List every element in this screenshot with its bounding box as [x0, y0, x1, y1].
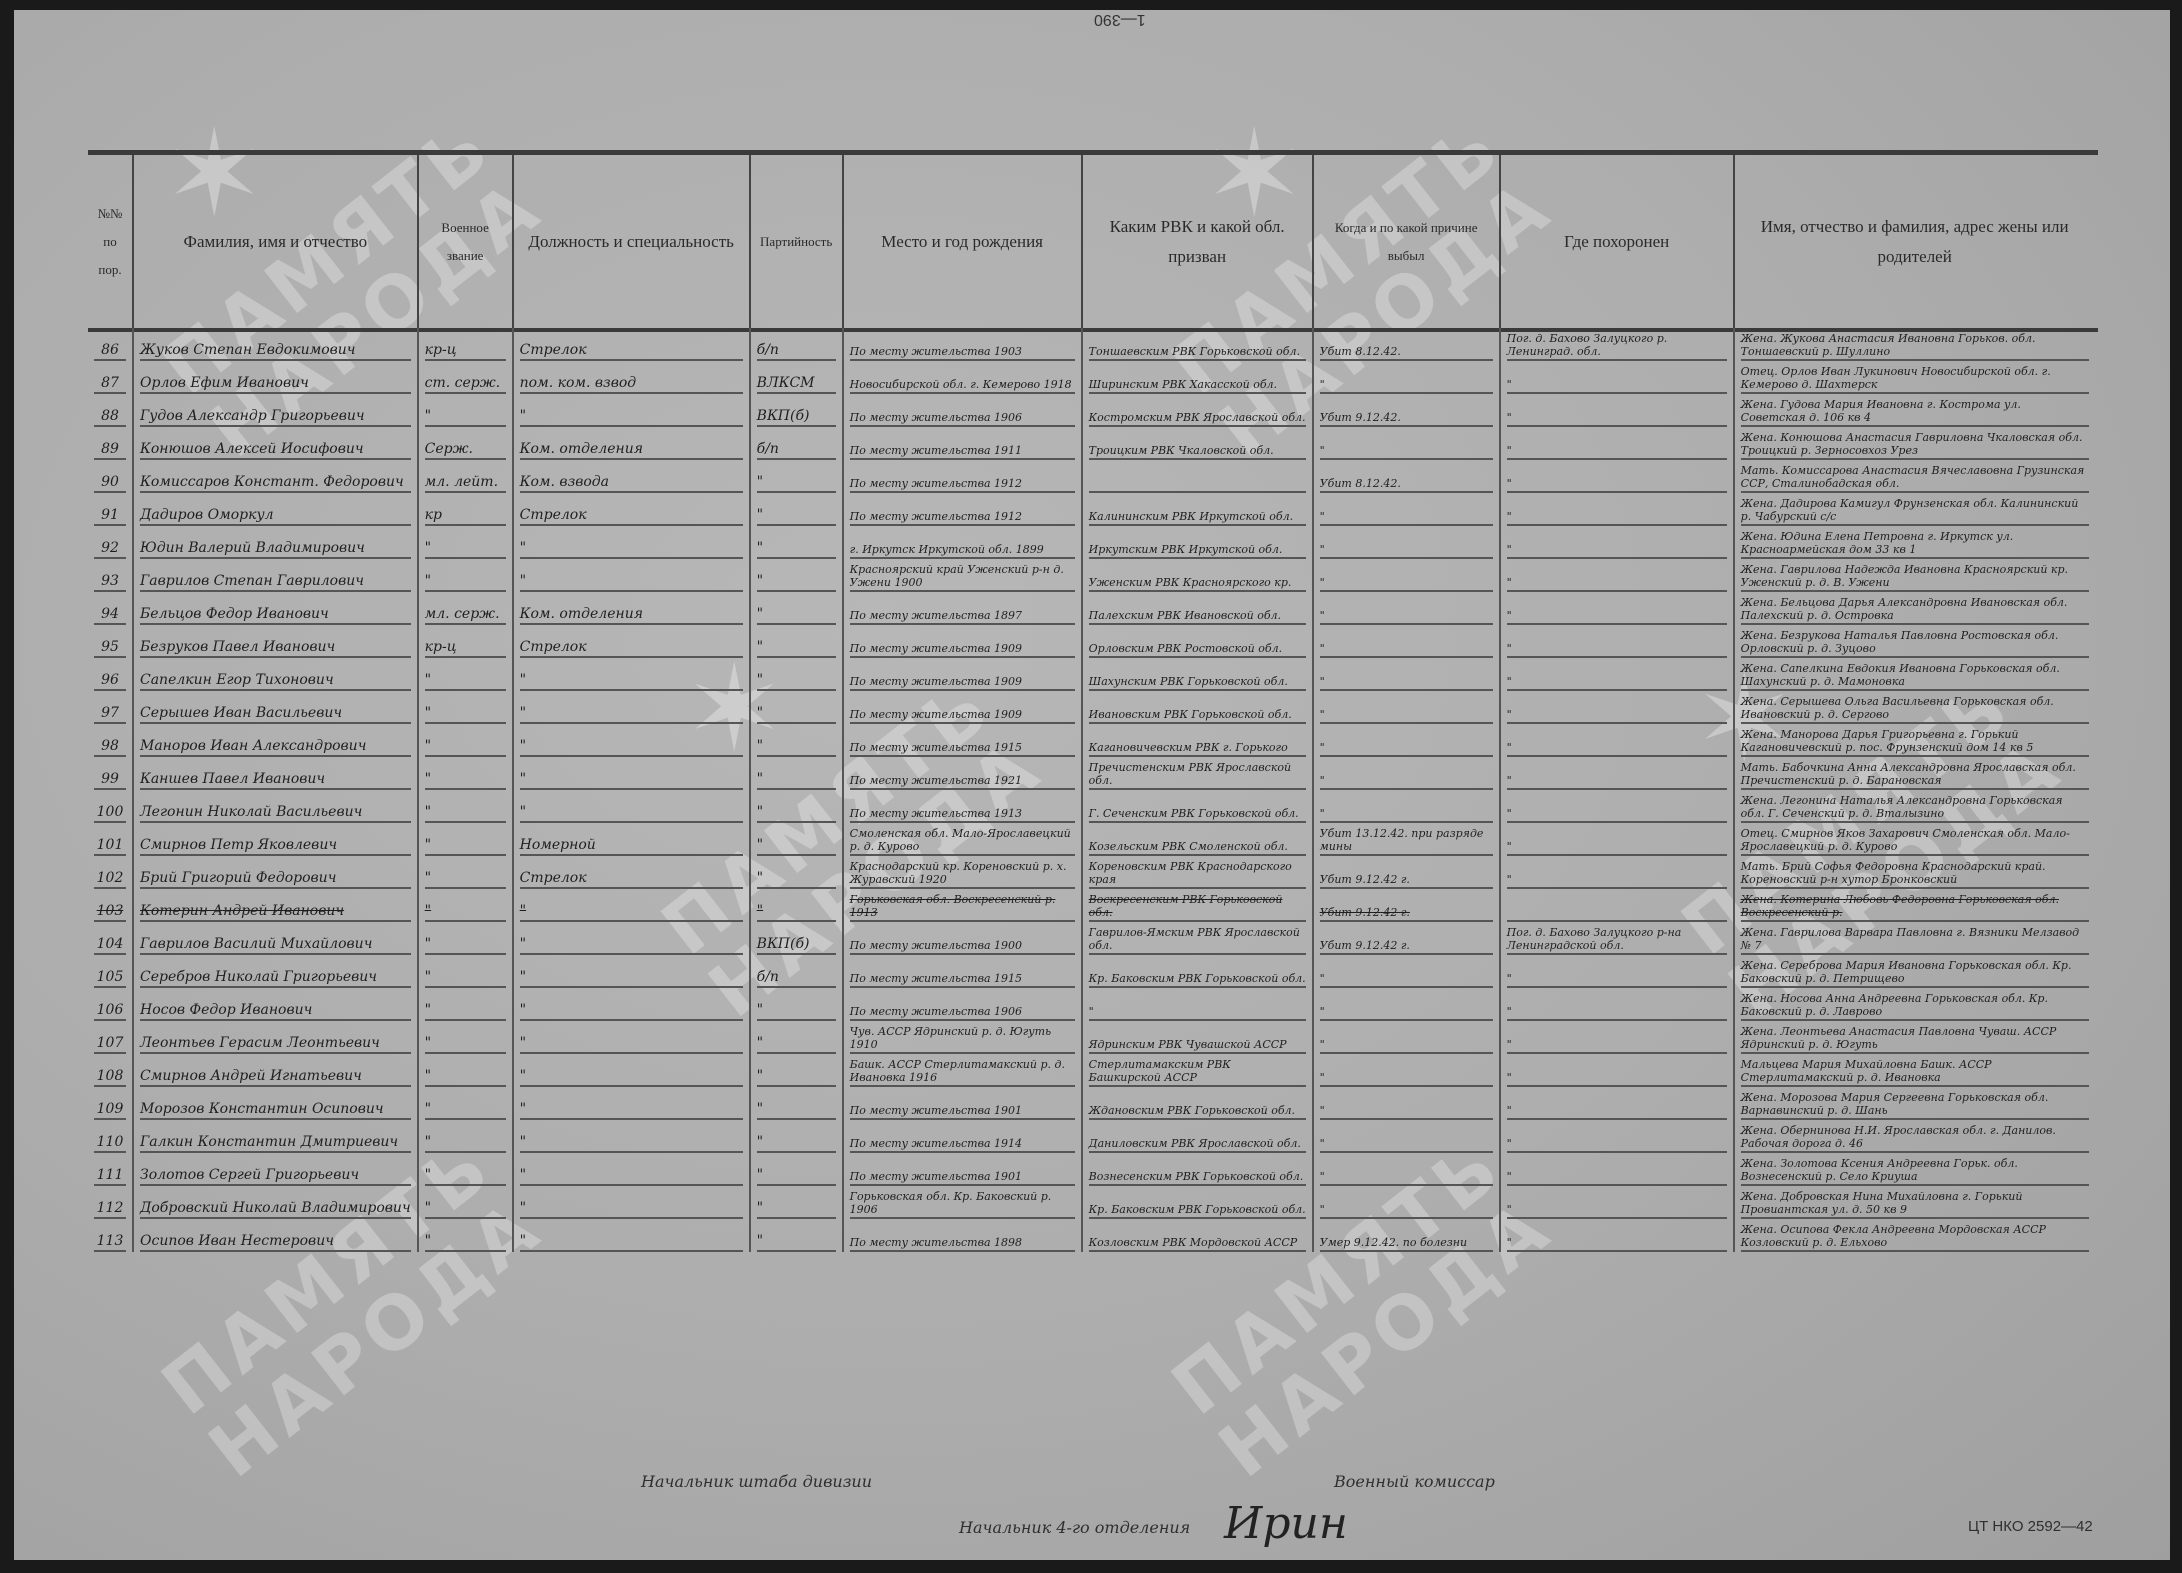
- row-burial-text: ": [1507, 1203, 1727, 1219]
- row-name-text: Серышев Иван Васильевич: [140, 706, 411, 724]
- row-burial-text: ": [1507, 1071, 1727, 1087]
- row-number: v111: [88, 1153, 133, 1186]
- row-burial: ": [1500, 394, 1734, 427]
- row-name-text: Жуков Степан Евдокимович: [140, 343, 411, 361]
- row-birth-text: Горьковская обл. Кр. Баковский р. 1906: [850, 1190, 1075, 1219]
- row-birth: По месту жительства 1897: [843, 592, 1082, 625]
- row-conscription: Кореновским РВК Краснодарского края: [1082, 856, 1313, 889]
- row-fate-text: ": [1320, 510, 1493, 526]
- row-position-text: Ком. отделения: [520, 607, 743, 625]
- row-birth-text: Краснодарский кр. Кореновский р. х. Жура…: [850, 860, 1075, 889]
- row-rank-text: ": [425, 1003, 506, 1021]
- row-name-text: Безруков Павел Иванович: [140, 640, 411, 658]
- row-fate-text: Убит 9.12.42.: [1320, 411, 1493, 427]
- row-number: v87: [88, 361, 133, 394]
- casualty-grid: №№ по пор. Фамилия, имя и отчество Военн…: [88, 155, 2095, 1252]
- row-rank: ": [418, 790, 513, 823]
- row-fate: ": [1313, 1087, 1500, 1120]
- table-row: v110Галкин Константин Дмитриевич"""По ме…: [88, 1120, 2095, 1153]
- row-burial-text: Пог. д. Бахово Залуцкого р. Ленинград. о…: [1507, 332, 1727, 361]
- row-name-text: Конюшов Алексей Иосифович: [140, 442, 411, 460]
- row-position-text: ": [520, 541, 743, 559]
- table-row: v104Гаврилов Василий Михайлович""ВКП(б)П…: [88, 922, 2095, 955]
- row-burial: ": [1500, 1120, 1734, 1153]
- row-name-text: Гаврилов Василий Михайлович: [140, 937, 411, 955]
- row-number: v113: [88, 1219, 133, 1252]
- row-number: v91: [88, 493, 133, 526]
- row-fate: ": [1313, 1186, 1500, 1219]
- row-fate: ": [1313, 625, 1500, 658]
- row-birth: По месту жительства 1906: [843, 394, 1082, 427]
- row-birth-text: По месту жительства 1898: [850, 1236, 1075, 1252]
- row-position: Ком. взвода: [513, 460, 750, 493]
- row-burial-text: ": [1507, 510, 1727, 526]
- row-number: v96: [88, 658, 133, 691]
- row-kin-text: Жена. Добровская Нина Михайловна г. Горь…: [1741, 1190, 2089, 1219]
- row-party: ": [750, 1054, 843, 1087]
- row-burial: ": [1500, 526, 1734, 559]
- row-name-text: Комиссаров Констант. Федорович: [140, 475, 411, 493]
- row-party-text: ": [757, 706, 836, 724]
- row-kin-text: Жена. Осипова Фекла Андреевна Мордовская…: [1741, 1223, 2089, 1252]
- row-fate: Убит 9.12.42 г.: [1313, 856, 1500, 889]
- row-party-text: ВЛКСМ: [757, 376, 836, 394]
- row-position: ": [513, 889, 750, 922]
- header-position: Должность и специальность: [513, 155, 750, 328]
- row-conscription-text: Гаврилов-Ямским РВК Ярославской обл.: [1089, 926, 1306, 955]
- row-conscription: Пречистенским РВК Ярославской обл.: [1082, 757, 1313, 790]
- row-kin: Жена. Легонина Наталья Александровна Гор…: [1734, 790, 2095, 823]
- row-kin-text: Жена. Бельцова Дарья Александровна Ивано…: [1741, 596, 2089, 625]
- row-burial-text: ": [1507, 741, 1727, 757]
- row-party: ": [750, 823, 843, 856]
- row-rank: ": [418, 1186, 513, 1219]
- row-conscription: Кр. Баковским РВК Горьковской обл.: [1082, 1186, 1313, 1219]
- row-number-text: 103: [94, 904, 126, 922]
- row-name-text: Галкин Константин Дмитриевич: [140, 1135, 411, 1153]
- header-number: №№ по пор.: [88, 155, 133, 328]
- row-kin: Отец. Смирнов Яков Захарович Смоленская …: [1734, 823, 2095, 856]
- row-burial-text: ": [1507, 840, 1727, 856]
- row-party-text: ВКП(б): [757, 409, 836, 427]
- row-name: Легонин Николай Васильевич: [133, 790, 418, 823]
- row-position-text: ": [520, 1003, 743, 1021]
- header-rank: Военное звание: [418, 155, 513, 328]
- row-burial-text: ": [1507, 642, 1727, 658]
- row-party-text: ": [757, 508, 836, 526]
- row-position: Стрелок: [513, 856, 750, 889]
- row-party-text: ": [757, 607, 836, 625]
- row-fate: Умер 9.12.42. по болезни: [1313, 1219, 1500, 1252]
- row-rank-text: Серж.: [425, 442, 506, 460]
- row-name: Золотов Сергей Григорьевич: [133, 1153, 418, 1186]
- table-row: v105Серебров Николай Григорьевич""б/пПо …: [88, 955, 2095, 988]
- row-fate-text: ": [1320, 576, 1493, 592]
- row-rank: Серж.: [418, 427, 513, 460]
- table-row: v95Безруков Павел Ивановичкр-цСтрелок"По…: [88, 625, 2095, 658]
- row-conscription-text: Иркутским РВК Иркутской обл.: [1089, 543, 1306, 559]
- row-kin-text: Жена. Гаврилова Надежда Ивановна Красноя…: [1741, 563, 2089, 592]
- row-party: ": [750, 592, 843, 625]
- row-birth: По месту жительства 1900: [843, 922, 1082, 955]
- row-burial-text: ": [1507, 576, 1727, 592]
- row-name-text: Бельцов Федор Иванович: [140, 607, 411, 625]
- row-number: v105: [88, 955, 133, 988]
- row-rank-text: ": [425, 1234, 506, 1252]
- row-kin-text: Жена. Манорова Дарья Григорьевна г. Горь…: [1741, 728, 2089, 757]
- row-kin: Жена. Обернинова Н.И. Ярославская обл. г…: [1734, 1120, 2095, 1153]
- row-fate: Убит 8.12.42.: [1313, 328, 1500, 361]
- row-name: Дадиров Оморкул: [133, 493, 418, 526]
- row-birth-text: Горьковская обл. Воскресенский р. 1913: [850, 893, 1075, 922]
- row-party-text: б/п: [757, 442, 836, 460]
- row-position-text: ": [520, 1102, 743, 1120]
- row-number-text: 96: [94, 673, 126, 691]
- row-name: Орлов Ефим Иванович: [133, 361, 418, 394]
- row-kin-text: Жена. Гудова Мария Ивановна г. Кострома …: [1741, 398, 2089, 427]
- row-rank-text: ": [425, 1069, 506, 1087]
- row-rank: ": [418, 1087, 513, 1120]
- table-row: v108Смирнов Андрей Игнатьевич"""Башк. АС…: [88, 1054, 2095, 1087]
- row-fate: ": [1313, 592, 1500, 625]
- row-party: ": [750, 1219, 843, 1252]
- row-position: Стрелок: [513, 625, 750, 658]
- row-kin: Жена. Осипова Фекла Андреевна Мордовская…: [1734, 1219, 2095, 1252]
- row-rank-text: ": [425, 1135, 506, 1153]
- row-kin: Жена. Манорова Дарья Григорьевна г. Горь…: [1734, 724, 2095, 757]
- row-number: v102: [88, 856, 133, 889]
- row-party: ": [750, 493, 843, 526]
- row-position-text: ": [520, 706, 743, 724]
- row-burial: ": [1500, 559, 1734, 592]
- row-party-text: ": [757, 805, 836, 823]
- row-birth: По месту жительства 1909: [843, 691, 1082, 724]
- row-birth-text: По месту жительства 1914: [850, 1137, 1075, 1153]
- row-number: v100: [88, 790, 133, 823]
- row-rank: кр-ц: [418, 328, 513, 361]
- row-number: v95: [88, 625, 133, 658]
- row-conscription: Ивановским РВК Горьковской обл.: [1082, 691, 1313, 724]
- row-birth: По месту жительства 1898: [843, 1219, 1082, 1252]
- row-number-text: 106: [94, 1003, 126, 1021]
- row-party: ": [750, 460, 843, 493]
- row-position-text: Номерной: [520, 838, 743, 856]
- row-fate-text: Убит 8.12.42.: [1320, 477, 1493, 493]
- row-kin-text: Жена. Котерина Любовь Федоровна Горьковс…: [1741, 893, 2089, 922]
- row-fate-text: ": [1320, 1137, 1493, 1153]
- row-conscription-text: Пречистенским РВК Ярославской обл.: [1089, 761, 1306, 790]
- row-position-text: Стрелок: [520, 343, 743, 361]
- row-conscription: Костромским РВК Ярославской обл.: [1082, 394, 1313, 427]
- row-party: ": [750, 691, 843, 724]
- chief-of-staff-label: Начальник штаба дивизии: [641, 1472, 872, 1491]
- row-conscription-text: ": [1089, 1005, 1306, 1021]
- row-kin: Мальцева Мария Михайловна Башк. АССР Сте…: [1734, 1054, 2095, 1087]
- row-birth-text: Чув. АССР Ядринский р. д. Югуть 1910: [850, 1025, 1075, 1054]
- row-number: v88: [88, 394, 133, 427]
- row-rank-text: ": [425, 772, 506, 790]
- row-number-text: 101: [94, 838, 126, 856]
- row-kin-text: Жена. Леонтьева Анастасия Павловна Чуваш…: [1741, 1025, 2089, 1054]
- row-birth: Красноярский край Уженский р-н д. Ужени …: [843, 559, 1082, 592]
- row-fate-text: ": [1320, 378, 1493, 394]
- row-position-text: Стрелок: [520, 508, 743, 526]
- row-position: Стрелок: [513, 328, 750, 361]
- row-position: Ком. отделения: [513, 592, 750, 625]
- row-party: ": [750, 1153, 843, 1186]
- header-party: Партийность: [750, 155, 843, 328]
- row-conscription: Гаврилов-Ямским РВК Ярославской обл.: [1082, 922, 1313, 955]
- table-row: v94Бельцов Федор Ивановичмл. серж.Ком. о…: [88, 592, 2095, 625]
- row-birth: По месту жительства 1921: [843, 757, 1082, 790]
- row-fate: ": [1313, 559, 1500, 592]
- row-rank: ст. серж.: [418, 361, 513, 394]
- row-name: Бельцов Федор Иванович: [133, 592, 418, 625]
- row-fate-text: ": [1320, 1104, 1493, 1120]
- row-birth-text: По месту жительства 1912: [850, 477, 1075, 493]
- row-name-text: Золотов Сергей Григорьевич: [140, 1168, 411, 1186]
- row-number-text: 112: [94, 1201, 126, 1219]
- row-kin: Жена. Гаврилова Надежда Ивановна Красноя…: [1734, 559, 2095, 592]
- row-number: v97: [88, 691, 133, 724]
- row-party-text: ВКП(б): [757, 937, 836, 955]
- row-birth-text: Новосибирской обл. г. Кемерово 1918: [850, 378, 1075, 394]
- row-fate-text: ": [1320, 1071, 1493, 1087]
- row-kin: Жена. Леонтьева Анастасия Павловна Чуваш…: [1734, 1021, 2095, 1054]
- row-name: Каншев Павел Иванович: [133, 757, 418, 790]
- row-name-text: Орлов Ефим Иванович: [140, 376, 411, 394]
- row-number-text: 108: [94, 1069, 126, 1087]
- row-kin: Жена. Гаврилова Варвара Павловна г. Вязн…: [1734, 922, 2095, 955]
- table-row: v111Золотов Сергей Григорьевич"""По мест…: [88, 1153, 2095, 1186]
- row-conscription: Троицким РВК Чкаловской обл.: [1082, 427, 1313, 460]
- row-name: Брий Григорий Федорович: [133, 856, 418, 889]
- row-position-text: ": [520, 937, 743, 955]
- row-conscription-text: Орловским РВК Ростовской обл.: [1089, 642, 1306, 658]
- row-kin: Жена. Юдина Елена Петровна г. Иркутск ул…: [1734, 526, 2095, 559]
- row-kin: Отец. Орлов Иван Лукинович Новосибирской…: [1734, 361, 2095, 394]
- row-conscription-text: Уженским РВК Красноярского кр.: [1089, 576, 1306, 592]
- table-row: v101Смирнов Петр Яковлевич"Номерной"Смол…: [88, 823, 2095, 856]
- row-number: v98: [88, 724, 133, 757]
- table-row: v92Юдин Валерий Владимирович"""г. Иркутс…: [88, 526, 2095, 559]
- row-conscription: Шахунским РВК Горьковской обл.: [1082, 658, 1313, 691]
- row-birth: Чув. АССР Ядринский р. д. Югуть 1910: [843, 1021, 1082, 1054]
- row-number-text: 86: [94, 343, 126, 361]
- row-rank-text: мл. серж.: [425, 607, 506, 625]
- table-row: v102Брий Григорий Федорович"Стрелок"Крас…: [88, 856, 2095, 889]
- row-conscription-text: Шахунским РВК Горьковской обл.: [1089, 675, 1306, 691]
- row-party: б/п: [750, 955, 843, 988]
- row-number-text: 98: [94, 739, 126, 757]
- row-kin-text: Жена. Жукова Анастасия Ивановна Горьков.…: [1741, 332, 2089, 361]
- row-conscription: Даниловским РВК Ярославской обл.: [1082, 1120, 1313, 1153]
- row-birth: По месту жительства 1903: [843, 328, 1082, 361]
- row-conscription-text: Стерлитамакским РВК Башкирской АССР: [1089, 1058, 1306, 1087]
- row-position: ": [513, 988, 750, 1021]
- row-conscription-text: Троицким РВК Чкаловской обл.: [1089, 444, 1306, 460]
- row-conscription-text: Козельским РВК Смоленской обл.: [1089, 840, 1306, 856]
- row-conscription-text: Ширинским РВК Хакасской обл.: [1089, 378, 1306, 394]
- row-kin: Жена. Носова Анна Андреевна Горьковская …: [1734, 988, 2095, 1021]
- row-party-text: ": [757, 739, 836, 757]
- table-row: v91Дадиров ОморкулкрСтрелок"По месту жит…: [88, 493, 2095, 526]
- row-name: Добровский Николай Владимирович: [133, 1186, 418, 1219]
- row-party-text: ": [757, 574, 836, 592]
- row-name-text: Смирнов Андрей Игнатьевич: [140, 1069, 411, 1087]
- table-row: v96Сапелкин Егор Тихонович"""По месту жи…: [88, 658, 2095, 691]
- table-row: v113Осипов Иван Нестерович"""По месту жи…: [88, 1219, 2095, 1252]
- row-fate-text: Убит 8.12.42.: [1320, 345, 1493, 361]
- row-name-text: Юдин Валерий Владимирович: [140, 541, 411, 559]
- row-name-text: Каншев Павел Иванович: [140, 772, 411, 790]
- row-name-text: Сапелкин Егор Тихонович: [140, 673, 411, 691]
- row-position: ": [513, 1021, 750, 1054]
- row-kin: Жена. Безрукова Наталья Павловна Ростовс…: [1734, 625, 2095, 658]
- row-rank-text: ": [425, 1201, 506, 1219]
- row-party-text: б/п: [757, 343, 836, 361]
- row-rank: мл. серж.: [418, 592, 513, 625]
- row-fate-text: ": [1320, 642, 1493, 658]
- row-kin-text: Жена. Сереброва Мария Ивановна Горьковск…: [1741, 959, 2089, 988]
- row-name: Безруков Павел Иванович: [133, 625, 418, 658]
- row-birth-text: Красноярский край Уженский р-н д. Ужени …: [850, 563, 1075, 592]
- row-name: Смирнов Андрей Игнатьевич: [133, 1054, 418, 1087]
- row-party: ": [750, 1087, 843, 1120]
- row-rank: кр: [418, 493, 513, 526]
- row-position: пом. ком. взвод: [513, 361, 750, 394]
- row-fate: ": [1313, 526, 1500, 559]
- row-kin-text: Жена. Гаврилова Варвара Павловна г. Вязн…: [1741, 926, 2089, 955]
- row-party: ": [750, 889, 843, 922]
- row-rank-text: ": [425, 970, 506, 988]
- row-fate-text: Умер 9.12.42. по болезни: [1320, 1236, 1493, 1252]
- row-rank-text: ": [425, 1036, 506, 1054]
- row-position: Номерной: [513, 823, 750, 856]
- row-birth-text: По месту жительства 1921: [850, 774, 1075, 790]
- row-kin-text: Жена. Легонина Наталья Александровна Гор…: [1741, 794, 2089, 823]
- row-birth-text: По месту жительства 1903: [850, 345, 1075, 361]
- row-name: Морозов Константин Осипович: [133, 1087, 418, 1120]
- row-party-text: ": [757, 772, 836, 790]
- row-kin-text: Мать. Бабочкина Анна Александровна Яросл…: [1741, 761, 2089, 790]
- row-birth-text: По месту жительства 1912: [850, 510, 1075, 526]
- row-rank-text: ": [425, 541, 506, 559]
- row-fate-text: ": [1320, 1170, 1493, 1186]
- row-name: Жуков Степан Евдокимович: [133, 328, 418, 361]
- row-party-text: ": [757, 1135, 836, 1153]
- row-rank: ": [418, 724, 513, 757]
- row-conscription-text: Палехским РВК Ивановской обл.: [1089, 609, 1306, 625]
- row-fate: ": [1313, 757, 1500, 790]
- row-rank-text: ": [425, 739, 506, 757]
- row-birth-text: г. Иркутск Иркутской обл. 1899: [850, 543, 1075, 559]
- row-number: v90: [88, 460, 133, 493]
- row-fate: ": [1313, 988, 1500, 1021]
- row-number-text: 97: [94, 706, 126, 724]
- row-birth: По месту жительства 1915: [843, 955, 1082, 988]
- row-birth-text: По месту жительства 1913: [850, 807, 1075, 823]
- row-rank-text: ": [425, 574, 506, 592]
- row-conscription: Уженским РВК Красноярского кр.: [1082, 559, 1313, 592]
- row-party-text: ": [757, 904, 836, 922]
- row-rank: кр-ц: [418, 625, 513, 658]
- row-fate-text: ": [1320, 543, 1493, 559]
- header-full-name: Фамилия, имя и отчество: [133, 155, 418, 328]
- row-fate-text: ": [1320, 972, 1493, 988]
- row-position-text: пом. ком. взвод: [520, 376, 743, 394]
- row-position-text: ": [520, 1036, 743, 1054]
- row-position: ": [513, 1186, 750, 1219]
- row-birth-text: По месту жительства 1909: [850, 642, 1075, 658]
- row-party: ВКП(б): [750, 394, 843, 427]
- row-fate-text: ": [1320, 1005, 1493, 1021]
- commissar-label: Военный комиссар: [1334, 1472, 1495, 1491]
- row-party-text: ": [757, 1102, 836, 1120]
- row-conscription: Ждановским РВК Горьковской обл.: [1082, 1087, 1313, 1120]
- row-name: Носов Федор Иванович: [133, 988, 418, 1021]
- row-burial: ": [1500, 1186, 1734, 1219]
- row-rank: ": [418, 856, 513, 889]
- row-birth: По месту жительства 1912: [843, 460, 1082, 493]
- row-burial-text: ": [1507, 543, 1727, 559]
- row-number: v109: [88, 1087, 133, 1120]
- row-number: v110: [88, 1120, 133, 1153]
- row-position-text: ": [520, 673, 743, 691]
- row-burial-text: ": [1507, 1038, 1727, 1054]
- row-burial: ": [1500, 493, 1734, 526]
- row-kin: Жена. Котерина Любовь Федоровна Горьковс…: [1734, 889, 2095, 922]
- row-rank-text: ": [425, 1102, 506, 1120]
- row-position: Стрелок: [513, 493, 750, 526]
- row-fate-text: Убит 9.12.42 г.: [1320, 873, 1493, 889]
- row-name: Осипов Иван Нестерович: [133, 1219, 418, 1252]
- row-conscription: Орловским РВК Ростовской обл.: [1082, 625, 1313, 658]
- row-fate: Убит 9.12.42.: [1313, 394, 1500, 427]
- row-birth: По месту жительства 1912: [843, 493, 1082, 526]
- row-position: ": [513, 1087, 750, 1120]
- row-burial-text: ": [1507, 1236, 1727, 1252]
- row-burial: ": [1500, 724, 1734, 757]
- row-fate: ": [1313, 493, 1500, 526]
- table-row: v107Леонтьев Герасим Леонтьевич"""Чув. А…: [88, 1021, 2095, 1054]
- row-party-text: ": [757, 475, 836, 493]
- row-burial: [1500, 889, 1734, 922]
- page-number-mark: 1—390: [1094, 10, 1146, 28]
- row-name: Сапелкин Егор Тихонович: [133, 658, 418, 691]
- row-rank-text: ": [425, 937, 506, 955]
- row-burial: ": [1500, 1021, 1734, 1054]
- row-rank: ": [418, 1219, 513, 1252]
- row-rank: ": [418, 394, 513, 427]
- row-burial-text: ": [1507, 774, 1727, 790]
- row-birth-text: По месту жительства 1906: [850, 1005, 1075, 1021]
- row-birth-text: По месту жительства 1909: [850, 675, 1075, 691]
- row-kin-text: Жена. Носова Анна Андреевна Горьковская …: [1741, 992, 2089, 1021]
- row-number-text: 87: [94, 376, 126, 394]
- row-name-text: Котерин Андрей Иванович: [140, 904, 411, 922]
- row-kin: Жена. Добровская Нина Михайловна г. Горь…: [1734, 1186, 2095, 1219]
- row-conscription: Г. Сеченским РВК Горьковской обл.: [1082, 790, 1313, 823]
- row-burial-text: ": [1507, 1170, 1727, 1186]
- row-position: ": [513, 724, 750, 757]
- row-fate: Убит 9.12.42 г.: [1313, 889, 1500, 922]
- row-position: ": [513, 1219, 750, 1252]
- row-conscription: Вознесенским РВК Горьковской обл.: [1082, 1153, 1313, 1186]
- row-burial-text: ": [1507, 1005, 1727, 1021]
- row-number-text: 102: [94, 871, 126, 889]
- row-name-text: Дадиров Оморкул: [140, 508, 411, 526]
